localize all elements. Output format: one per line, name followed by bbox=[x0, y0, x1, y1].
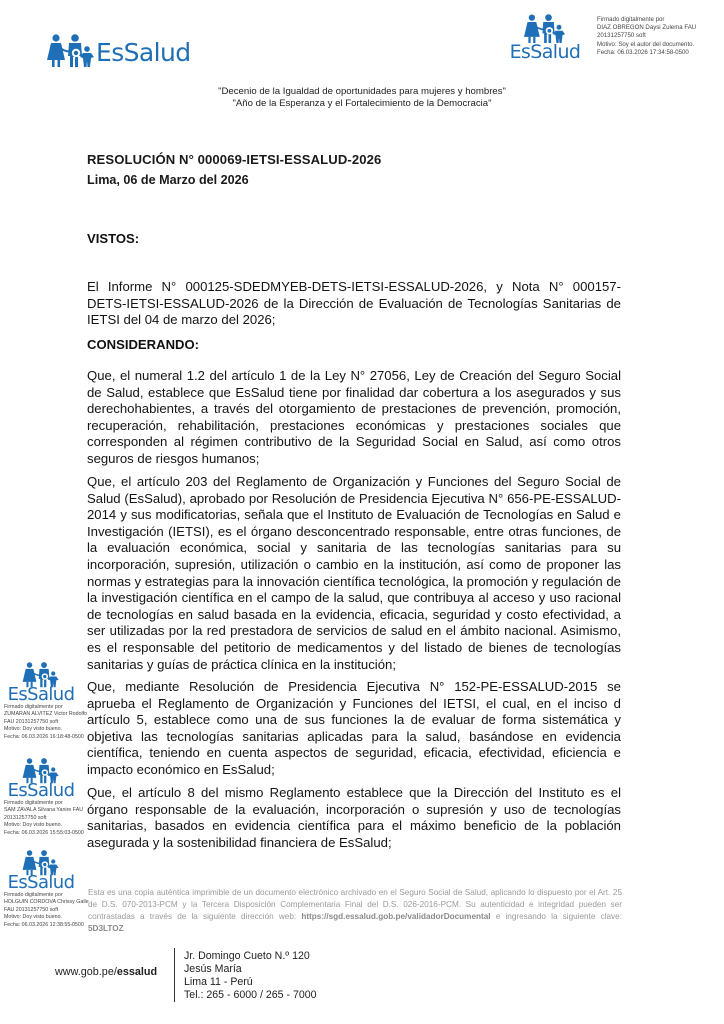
signature-line: Fecha: 06.03.2026 17:34:58-0500 bbox=[597, 49, 722, 57]
address-line: Tel.: 265 - 6000 / 265 - 7000 bbox=[184, 989, 317, 1002]
motto-line: "Decenio de la Igualdad de oportunidades… bbox=[0, 86, 724, 98]
footer-web-prefix: www.gob.pe/ bbox=[55, 966, 117, 978]
signature-logo-text: EsSalud bbox=[505, 42, 585, 62]
notice-text-continued: e ingresando la siguiente clave: bbox=[491, 912, 622, 921]
signature-line: SAM ZAVALA Silvana Yanire FAU bbox=[4, 807, 124, 814]
signature-line: 20131257750 soft bbox=[4, 815, 124, 822]
signature-logo-text: EsSalud bbox=[6, 874, 76, 892]
signature-line: Motivo: Doy visto bueno. bbox=[4, 726, 124, 733]
signature-line: Firmado digitalmente por bbox=[4, 704, 124, 711]
resolution-date: Lima, 06 de Marzo del 2026 bbox=[87, 173, 249, 187]
verification-key: 5D3LTOZ bbox=[88, 924, 124, 933]
signature-line: ZUMARAN ALVITEZ Victor Rodolfo bbox=[4, 711, 124, 718]
signature-line: DIAZ OBREGON Daysi Zulema FAU bbox=[597, 24, 722, 32]
signature-logo-text: EsSalud bbox=[6, 782, 76, 800]
footer-divider bbox=[174, 948, 175, 1002]
signature-logo-top: EsSalud bbox=[505, 14, 585, 62]
considerando-paragraph-4: Que, el artículo 8 del mismo Reglamento … bbox=[87, 785, 621, 851]
digital-signature-stamp-top: Firmado digitalmente por DIAZ OBREGON Da… bbox=[597, 16, 722, 57]
considerando-heading: CONSIDERANDO: bbox=[87, 337, 199, 352]
footer-website[interactable]: www.gob.pe/essalud bbox=[55, 966, 157, 978]
considerando-paragraph-3: Que, mediante Resolución de Presidencia … bbox=[87, 679, 621, 779]
address-line: Jesús María bbox=[184, 963, 317, 976]
logo-text: EsSalud bbox=[96, 38, 190, 68]
address-line: Jr. Domingo Cueto N.º 120 bbox=[184, 950, 317, 963]
signature-line: FAU 20131257750 soft bbox=[4, 719, 124, 726]
official-mottos: "Decenio de la Igualdad de oportunidades… bbox=[0, 86, 724, 109]
signature-line: 20131257750 soft bbox=[597, 32, 722, 40]
digital-signature-stamp-1: EsSalud Firmado digitalmente por ZUMARAN… bbox=[4, 662, 124, 741]
signature-line: Fecha: 06.03.2026 16:18:48-0500 bbox=[4, 734, 124, 741]
signature-line: Firmado digitalmente por bbox=[4, 800, 124, 807]
validator-link[interactable]: https://sgd.essalud.gob.pe/validadorDocu… bbox=[301, 912, 490, 921]
signature-logo-text: EsSalud bbox=[6, 686, 76, 704]
essalud-family-logo-icon bbox=[47, 34, 95, 68]
authenticity-notice: Esta es una copia auténtica imprimible d… bbox=[88, 887, 622, 935]
resolution-title: RESOLUCIÓN N° 000069-IETSI-ESSALUD-2026 bbox=[87, 152, 381, 167]
vistos-paragraph: El Informe N° 000125-SDEDMYEB-DETS-IETSI… bbox=[87, 279, 621, 329]
motto-line: "Año de la Esperanza y el Fortalecimient… bbox=[0, 98, 724, 110]
essalud-family-logo-icon bbox=[524, 14, 566, 44]
signature-line: Fecha: 06.03.2026 15:55:03-0500 bbox=[4, 830, 124, 837]
signature-line: Motivo: Doy visto bueno. bbox=[4, 822, 124, 829]
essalud-logo: EsSalud bbox=[47, 30, 190, 68]
considerando-paragraph-2: Que, el artículo 203 del Reglamento de O… bbox=[87, 474, 621, 673]
vistos-heading: VISTOS: bbox=[87, 231, 139, 246]
considerando-paragraph-1: Que, el numeral 1.2 del artículo 1 de la… bbox=[87, 368, 621, 468]
address-line: Lima 11 - Perú bbox=[184, 976, 317, 989]
footer-web-bold: essalud bbox=[117, 966, 157, 978]
footer-address: Jr. Domingo Cueto N.º 120 Jesús María Li… bbox=[184, 950, 317, 1002]
digital-signature-stamp-2: EsSalud Firmado digitalmente por SAM ZAV… bbox=[4, 758, 124, 837]
signature-line: Firmado digitalmente por bbox=[597, 16, 722, 24]
signature-line: Motivo: Soy el autor del documento. bbox=[597, 41, 722, 49]
